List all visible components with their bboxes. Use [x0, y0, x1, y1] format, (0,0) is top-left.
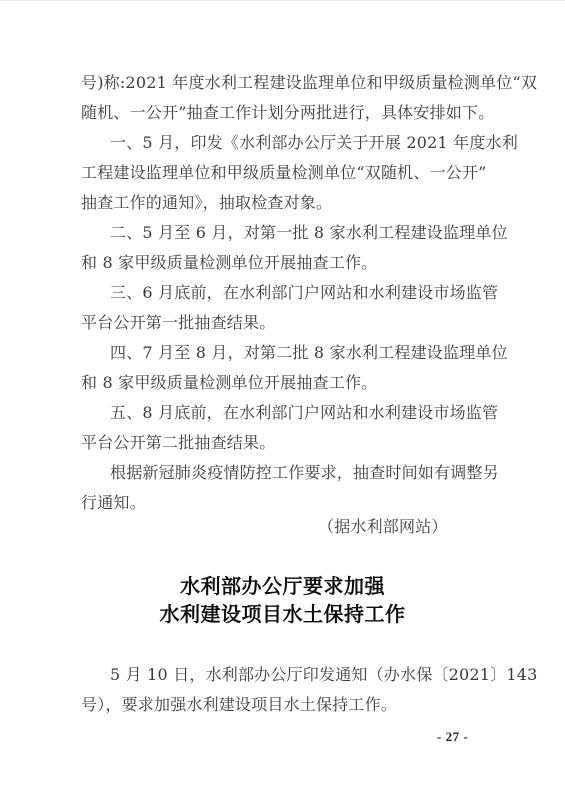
article1-line: 工程建设监理单位和甲级质量检测单位“双随机、一公开” [81, 158, 487, 188]
article1-line: 根据新冠肺炎疫情防控工作要求，抽查时间如有调整另 [110, 458, 499, 488]
article2-title-line2: 水利建设项目水土保持工作 [0, 600, 565, 628]
article1-line: 抽查工作的通知》，抽取检查对象。 [81, 188, 332, 218]
article1-line: 行通知。 [81, 488, 146, 518]
source-attribution: （据水利部网站） [318, 512, 448, 542]
article1-line: 和 8 家甲级质量检测单位开展抽查工作。 [81, 248, 377, 278]
article2-line: 5 月 10 日，水利部办公厅印发通知（办水保〔2021〕143 [110, 660, 537, 690]
article1-line: 随机、一公开”抽查工作计划分两批进行，具体安排如下。 [81, 98, 494, 128]
document-page: 号)称:2021 年度水利工程建设监理单位和甲级质量检测单位“双 随机、一公开”… [0, 0, 565, 800]
page-number: - 27 - [437, 729, 468, 745]
article2-title-line1: 水利部办公厅要求加强 [0, 572, 565, 600]
article1-line: 二、5 月至 6 月，对第一批 8 家水利工程建设监理单位 [110, 218, 508, 248]
article1-line: 平台公开第一批抽查结果。 [81, 308, 275, 338]
article2-title: 水利部办公厅要求加强 水利建设项目水土保持工作 [0, 572, 565, 628]
article1-line: 五、8 月底前，在水利部门户网站和水利建设市场监管 [110, 398, 498, 428]
article1-line: 三、6 月底前，在水利部门户网站和水利建设市场监管 [110, 278, 498, 308]
article1-line: 一、5 月，印发《水利部办公厅关于开展 2021 年度水利 [110, 128, 518, 158]
article1-line: 四、7 月至 8 月，对第二批 8 家水利工程建设监理单位 [110, 338, 508, 368]
scan-edge-line [0, 0, 565, 1]
article2-line: 号），要求加强水利建设项目水土保持工作。 [81, 690, 397, 720]
article1-line: 号)称:2021 年度水利工程建设监理单位和甲级质量检测单位“双 [81, 68, 537, 98]
article1-line: 和 8 家甲级质量检测单位开展抽查工作。 [81, 368, 377, 398]
article1-line: 平台公开第二批抽查结果。 [81, 428, 275, 458]
